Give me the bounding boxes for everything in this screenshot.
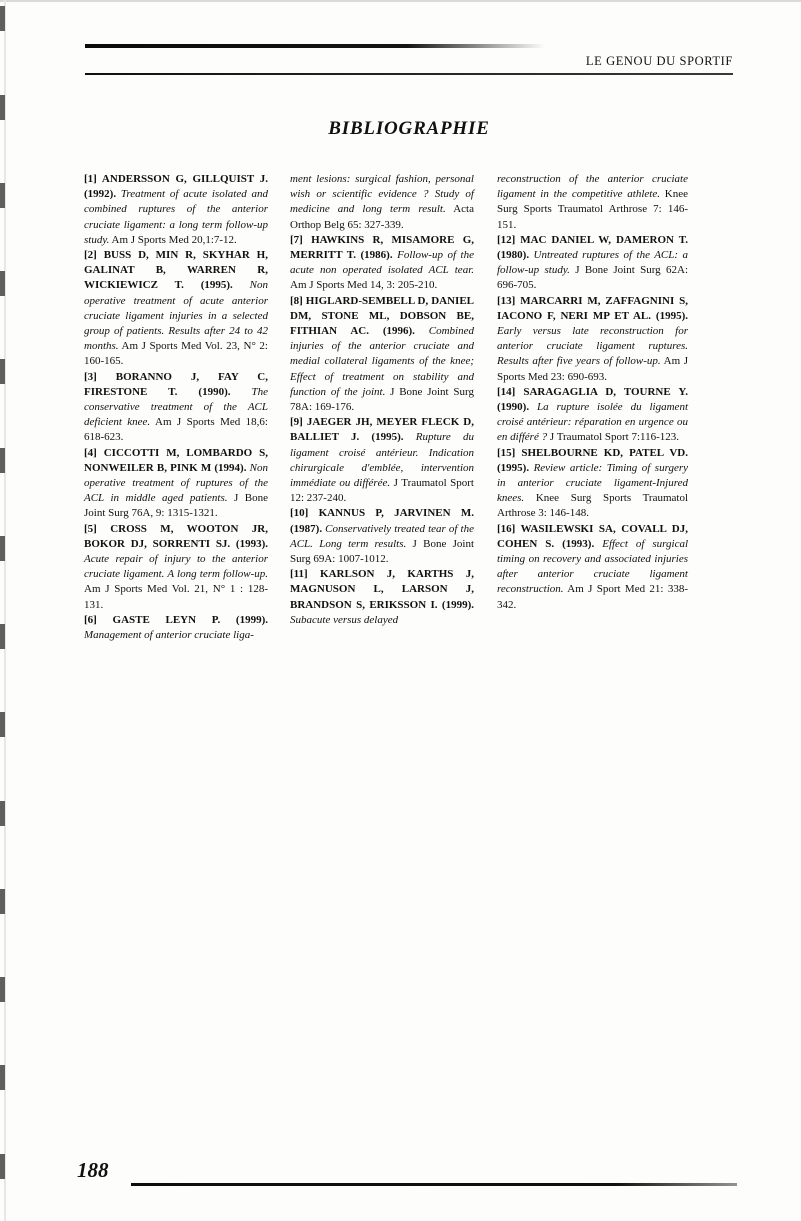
reference-5-bold-text: [5] CROSS M, WOOTON JR, BOKOR DJ, SORREN… <box>84 523 268 550</box>
scan-edge-mark <box>0 1154 5 1179</box>
scan-edge-mark <box>0 712 5 737</box>
scan-edge-mark <box>0 6 5 31</box>
page-number: 188 <box>77 1158 109 1183</box>
scan-top-edge-artifact <box>0 0 801 2</box>
reference-15-roman-text: Knee Surg Sports Traumatol Arthrose 3: 1… <box>497 492 688 519</box>
running-title: LE GENOU DU SPORTIF <box>85 54 733 69</box>
reference-entry-15: [15] SHELBOURNE KD, PATEL VD. (1995). Re… <box>497 446 688 522</box>
footer-rule <box>131 1183 737 1186</box>
reference-entry-6-continued: ment lesions: surgical fashion, personal… <box>290 172 474 233</box>
scan-edge-mark <box>0 359 5 384</box>
reference-entry-2: [2] BUSS D, MIN R, SKYHAR H, GALINAT B, … <box>84 248 268 370</box>
reference-11-continued-italic-text: reconstruction of the anterior cruciate … <box>497 173 688 200</box>
reference-4-bold-text: [4] CICCOTTI M, LOMBARDO S, NONWEILER B,… <box>84 447 268 474</box>
reference-5-italic-text: Acute repair of injury to the anterior c… <box>84 553 268 580</box>
scan-edge-mark <box>0 624 5 649</box>
scan-edge-mark <box>0 271 5 296</box>
reference-11-italic-text: Subacute versus delayed <box>290 614 398 626</box>
bib-column: [1] ANDERSSON G, GILLQUIST J. (1992). Tr… <box>84 172 268 643</box>
scan-edge-mark <box>0 801 5 826</box>
reference-entry-7: [7] HAWKINS R, MISAMORE G, MERRITT T. (1… <box>290 233 474 294</box>
scan-edge-mark <box>0 1065 5 1090</box>
reference-entry-5: [5] CROSS M, WOOTON JR, BOKOR DJ, SORREN… <box>84 522 268 613</box>
reference-11-bold-text: [11] KARLSON J, KARTHS J, MAGNUSON L, LA… <box>290 568 474 610</box>
reference-entry-16: [16] WASILEWSKI SA, COVALL DJ, COHEN S. … <box>497 522 688 613</box>
scan-edge-mark <box>0 95 5 120</box>
reference-1-roman-text: Am J Sports Med 20,1:7-12. <box>112 234 237 246</box>
reference-entry-10: [10] KANNUS P, JARVINEN M. (1987). Conse… <box>290 506 474 567</box>
reference-entry-6: [6] GASTE LEYN P. (1999). Management of … <box>84 613 268 643</box>
reference-13-italic-text: Early versus late reconstruction for ant… <box>497 325 688 367</box>
reference-entry-11: [11] KARLSON J, KARTHS J, MAGNUSON L, LA… <box>290 567 474 628</box>
reference-13-bold-text: [13] MARCARRI M, ZAFFAGNINI S, IACONO F,… <box>497 295 688 322</box>
reference-2-bold-text: [2] BUSS D, MIN R, SKYHAR H, GALINAT B, … <box>84 249 268 291</box>
reference-entry-1: [1] ANDERSSON G, GILLQUIST J. (1992). Tr… <box>84 172 268 248</box>
reference-entry-3: [3] BORANNO J, FAY C, FIRESTONE T. (1990… <box>84 370 268 446</box>
reference-entry-14: [14] SARAGAGLIA D, TOURNE Y. (1990). La … <box>497 385 688 446</box>
reference-entry-11-continued: reconstruction of the anterior cruciate … <box>497 172 688 233</box>
reference-6-bold-text: [6] GASTE LEYN P. (1999). <box>84 614 268 626</box>
scan-edge-mark <box>0 183 5 208</box>
reference-entry-8: [8] HIGLARD-SEMBELL D, DANIEL DM, STONE … <box>290 294 474 416</box>
header-rule-thin <box>85 73 733 75</box>
reference-6-continued-italic-text: ment lesions: surgical fashion, personal… <box>290 173 474 215</box>
reference-entry-4: [4] CICCOTTI M, LOMBARDO S, NONWEILER B,… <box>84 446 268 522</box>
reference-14-roman-text: J Traumatol Sport 7:116-123. <box>550 431 679 443</box>
reference-5-roman-text: Am J Sports Med Vol. 21, N° 1 : 128-131. <box>84 583 268 610</box>
bib-column: reconstruction of the anterior cruciate … <box>497 172 688 643</box>
scan-edge-mark <box>0 448 5 473</box>
reference-6-italic-text: Management of anterior cruciate liga- <box>84 629 254 641</box>
reference-entry-9: [9] JAEGER JH, MEYER FLECK D, BALLIET J.… <box>290 415 474 506</box>
scanned-page: LE GENOU DU SPORTIF BIBLIOGRAPHIE [1] AN… <box>0 0 801 1221</box>
bibliography-columns: [1] ANDERSSON G, GILLQUIST J. (1992). Tr… <box>84 172 698 643</box>
reference-3-bold-text: [3] BORANNO J, FAY C, FIRESTONE T. (1990… <box>84 371 268 398</box>
reference-entry-13: [13] MARCARRI M, ZAFFAGNINI S, IACONO F,… <box>497 294 688 385</box>
page-title: BIBLIOGRAPHIE <box>85 118 733 140</box>
scan-edge-mark <box>0 536 5 561</box>
scan-edge-mark <box>0 889 5 914</box>
scan-edge-mark <box>0 977 5 1002</box>
reference-7-roman-text: Am J Sports Med 14, 3: 205-210. <box>290 279 437 291</box>
bib-column: ment lesions: surgical fashion, personal… <box>290 172 474 643</box>
reference-entry-12: [12] MAC DANIEL W, DAMERON T. (1980). Un… <box>497 233 688 294</box>
header-rule-thick <box>85 44 545 48</box>
